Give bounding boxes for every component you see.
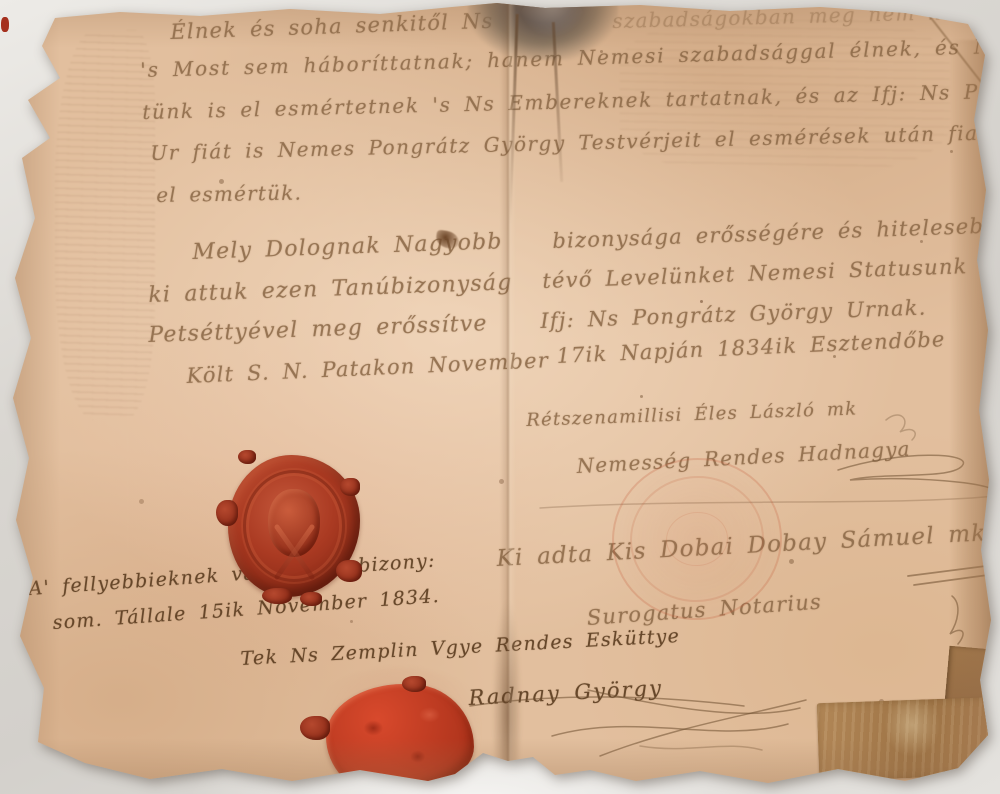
scanned-document: Élnek és soha senkitől Ns szabadságokban…: [0, 0, 1000, 794]
manuscript-paper: Élnek és soha senkitől Ns szabadságokban…: [0, 0, 1000, 794]
paper-sheet-wrapper: Élnek és soha senkitől Ns szabadságokban…: [0, 0, 1000, 794]
signature-flourish-layer: [0, 0, 1000, 794]
wax-fragment: [356, 782, 390, 794]
